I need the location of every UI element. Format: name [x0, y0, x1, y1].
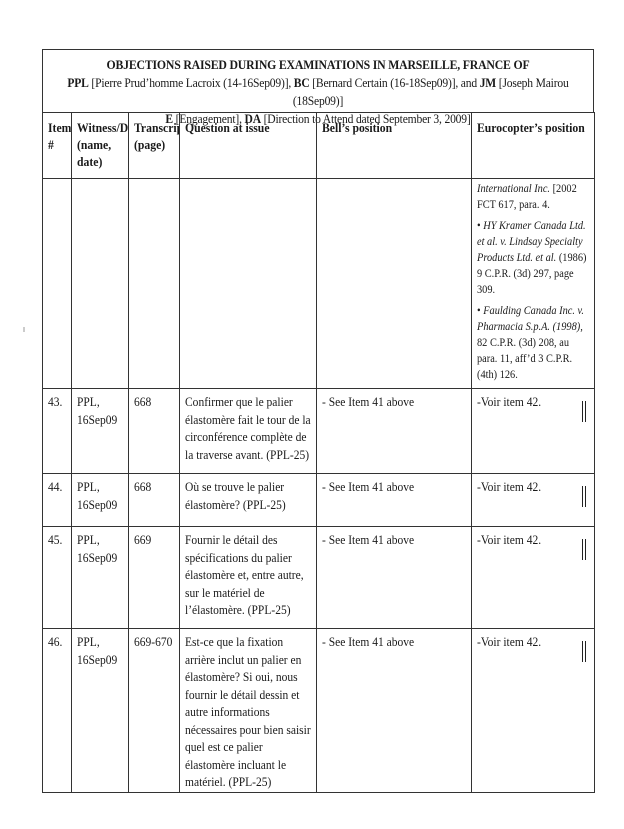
table-row: 45. PPL, 16Sep09 669 Fournir le détail d… — [43, 527, 595, 629]
cell-eurocopter: -Voir item 42. — [472, 629, 595, 793]
change-bar-icon — [582, 401, 586, 422]
cell-item: 45. — [43, 527, 72, 629]
cell-question — [180, 179, 317, 389]
col-header-item: Item # — [43, 113, 72, 179]
cell-transcript: 669-670 — [129, 629, 180, 793]
cell-bell: - See Item 41 above — [317, 527, 472, 629]
cell-transcript: 668 — [129, 474, 180, 527]
col-header-witness: Witness/DA (name, date) — [72, 113, 129, 179]
document-title-block: OBJECTIONS RAISED DURING EXAMINATIONS IN… — [42, 49, 594, 112]
citation-3: • Faulding Canada Inc. v. Pharmacia S.p.… — [477, 303, 589, 383]
cell-transcript — [129, 179, 180, 389]
document-page: OBJECTIONS RAISED DURING EXAMINATIONS IN… — [0, 0, 624, 829]
cell-transcript: 668 — [129, 389, 180, 474]
header-row: Item # Witness/DA (name, date) Transcrip… — [43, 113, 595, 179]
table-row: 46. PPL, 16Sep09 669-670 Est-ce que la f… — [43, 629, 595, 793]
col-header-question: Question at issue — [180, 113, 317, 179]
cell-witness: PPL, 16Sep09 — [72, 474, 129, 527]
abbr-ppl: PPL — [67, 76, 88, 90]
cell-eurocopter: -Voir item 42. — [472, 527, 595, 629]
cell-witness: PPL, 16Sep09 — [72, 629, 129, 793]
cell-bell: - See Item 41 above — [317, 389, 472, 474]
cell-transcript: 669 — [129, 527, 180, 629]
cell-witness: PPL, 16Sep09 — [72, 389, 129, 474]
abbr-bc: BC — [294, 76, 310, 90]
cell-question: Est-ce que la fixation arrière inclut un… — [180, 629, 317, 793]
cell-item: 43. — [43, 389, 72, 474]
cell-question: Où se trouve le palier élastomère? (PPL-… — [180, 474, 317, 527]
abbr-jm: JM — [480, 76, 496, 90]
cell-item: 44. — [43, 474, 72, 527]
cell-question: Confirmer que le palier élastomère fait … — [180, 389, 317, 474]
cell-bell — [317, 179, 472, 389]
table-row-continuation: International Inc. [2002 FCT 617, para. … — [43, 179, 595, 389]
table-row: 44. PPL, 16Sep09 668 Où se trouve le pal… — [43, 474, 595, 527]
change-bar-icon — [582, 539, 586, 560]
cell-witness: PPL, 16Sep09 — [72, 527, 129, 629]
col-header-transcript: Transcript (page) — [129, 113, 180, 179]
objections-table: Item # Witness/DA (name, date) Transcrip… — [42, 112, 595, 793]
ppl-desc: [Pierre Prud’homme Lacroix (14-16Sep09)]… — [89, 76, 294, 90]
change-bar-icon — [582, 641, 586, 662]
cell-bell: - See Item 41 above — [317, 474, 472, 527]
change-bar-icon — [582, 486, 586, 507]
bc-desc: [Bernard Certain (16-18Sep09)], and — [310, 76, 480, 90]
col-header-eurocopter: Eurocopter’s position — [472, 113, 595, 179]
cell-witness — [72, 179, 129, 389]
citation-2: • HY Kramer Canada Ltd. et al. v. Lindsa… — [477, 218, 589, 298]
citation-1: International Inc. [2002 FCT 617, para. … — [477, 181, 589, 213]
cell-bell: - See Item 41 above — [317, 629, 472, 793]
scan-artifact — [23, 327, 25, 332]
cell-eurocopter: -Voir item 42. — [472, 389, 595, 474]
title-line-1: OBJECTIONS RAISED DURING EXAMINATIONS IN… — [65, 56, 571, 74]
table-row: 43. PPL, 16Sep09 668 Confirmer que le pa… — [43, 389, 595, 474]
cell-question: Fournir le détail des spécifications du … — [180, 527, 317, 629]
col-header-bell: Bell’s position — [317, 113, 472, 179]
cell-eurocopter-citations: International Inc. [2002 FCT 617, para. … — [472, 179, 595, 389]
cell-item — [43, 179, 72, 389]
cell-item: 46. — [43, 629, 72, 793]
title-line-2: PPL [Pierre Prud’homme Lacroix (14-16Sep… — [65, 74, 571, 110]
cell-eurocopter: -Voir item 42. — [472, 474, 595, 527]
